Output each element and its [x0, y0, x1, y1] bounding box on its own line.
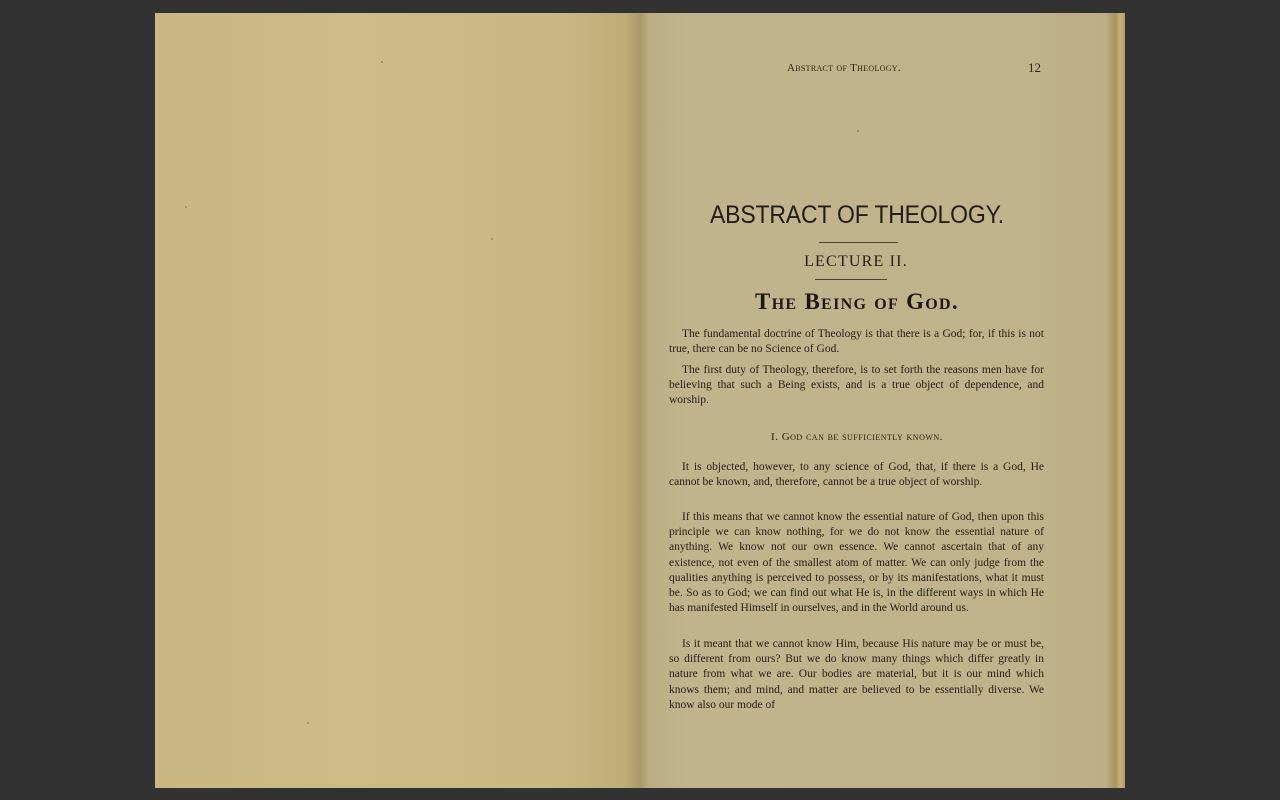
paragraph-text: It is objected, however, to any science …	[669, 460, 1044, 490]
paper-speck	[307, 722, 309, 724]
paragraph-text: If this means that we cannot know the es…	[669, 510, 1044, 616]
section-heading: I. God can be sufficiently known.	[640, 431, 1074, 443]
paragraph: The fundamental doctrine of Theology is …	[669, 327, 1044, 357]
paragraph: If this means that we cannot know the es…	[669, 510, 1044, 616]
lecture-divider	[815, 279, 887, 280]
title-divider	[819, 242, 898, 243]
right-page: Abstract of Theology. 12 ABSTRACT OF THE…	[640, 13, 1125, 788]
paragraph: It is objected, however, to any science …	[669, 460, 1044, 490]
lecture-heading: LECTURE II.	[640, 253, 1072, 271]
paper-speck	[381, 61, 383, 63]
paper-speck	[185, 206, 187, 208]
paragraph-text: The fundamental doctrine of Theology is …	[669, 327, 1044, 357]
paper-speck	[491, 238, 493, 240]
paragraph: Is it meant that we cannot know Him, bec…	[669, 637, 1044, 713]
page-number: 12	[1028, 60, 1041, 76]
left-page-blank	[155, 13, 640, 788]
chapter-title: The Being of God.	[640, 289, 1074, 315]
paragraph-text: Is it meant that we cannot know Him, bec…	[669, 637, 1044, 713]
book-title: ABSTRACT OF THEOLOGY.	[657, 201, 1056, 230]
running-head: Abstract of Theology.	[787, 62, 901, 74]
paper-speck	[857, 130, 859, 132]
book-spread: Abstract of Theology. 12 ABSTRACT OF THE…	[155, 13, 1125, 788]
paragraph: The first duty of Theology, therefore, i…	[669, 363, 1044, 409]
paragraph-text: The first duty of Theology, therefore, i…	[669, 363, 1044, 409]
